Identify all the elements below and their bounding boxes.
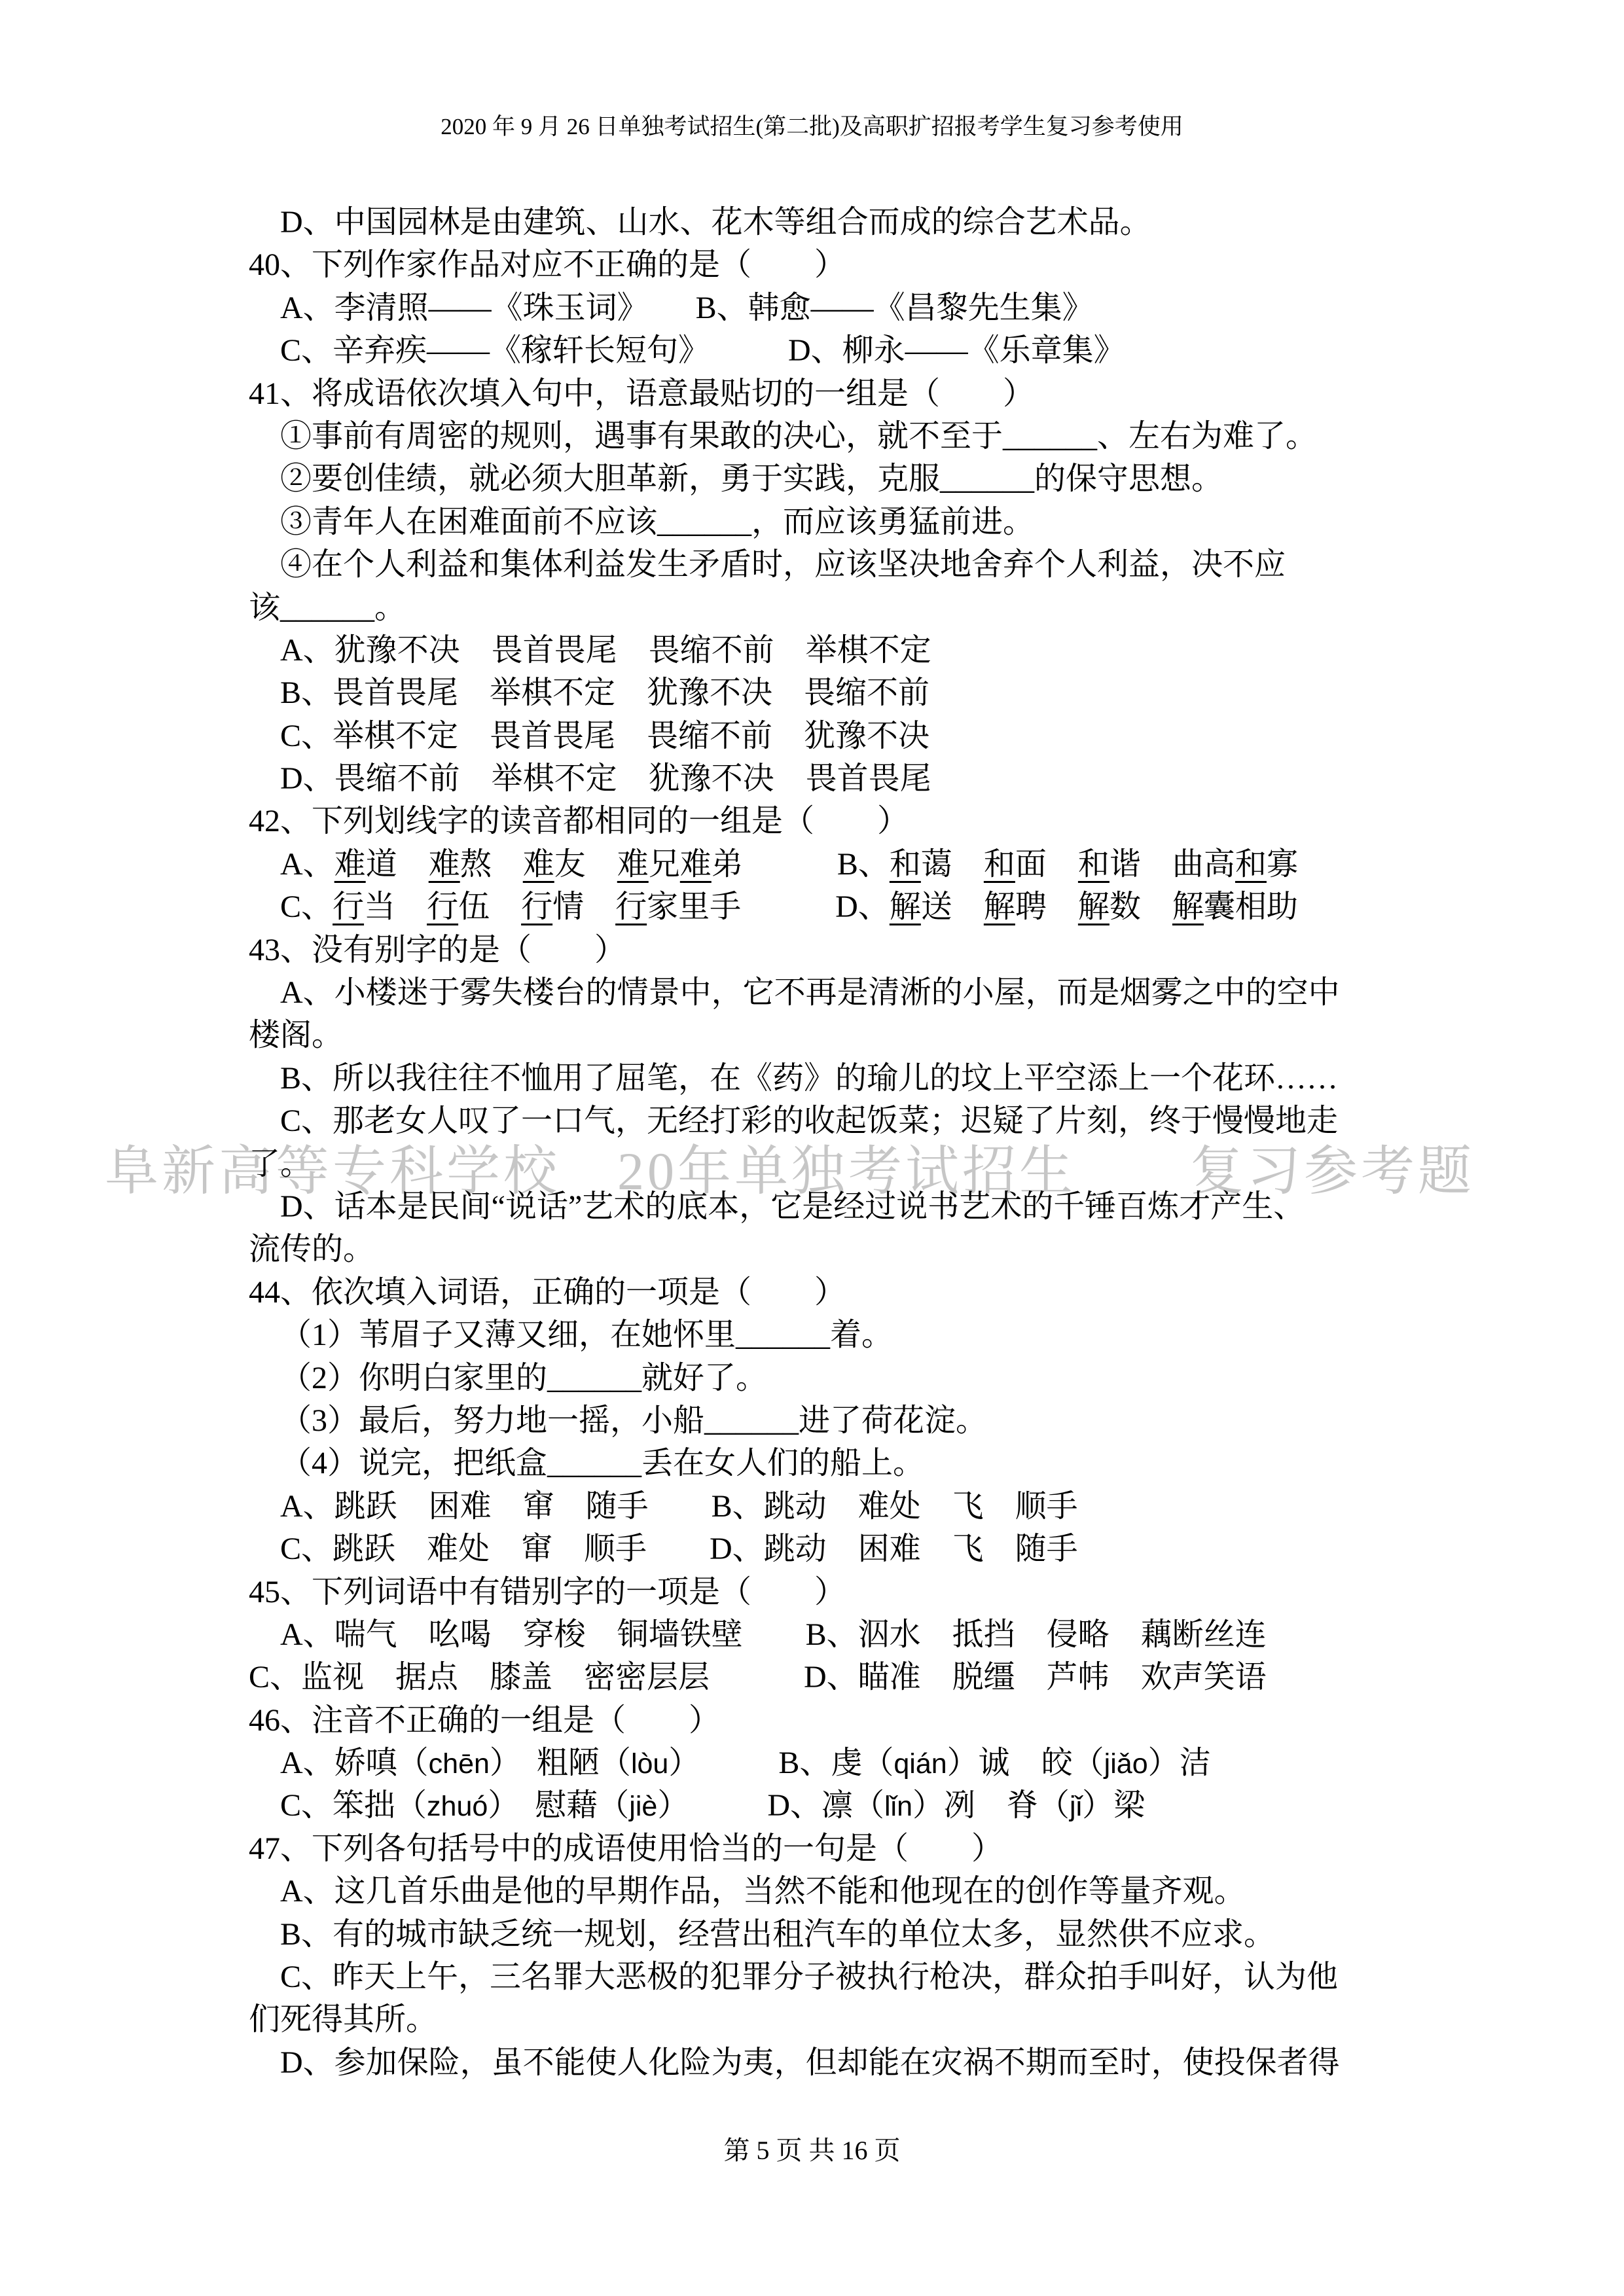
q43-option-a: A、小楼迷于雾失楼台的情景中，它不再是清淅的小屋，而是烟雾之中的空中 bbox=[249, 971, 1545, 1014]
q41-item-3: ③青年人在困难面前不应该______，而应该勇猛前进。 bbox=[249, 501, 1545, 543]
underlined-char: 解 bbox=[1078, 889, 1110, 924]
q41-option-a: A、犹豫不决 畏首畏尾 畏缩不前 举棋不定 bbox=[249, 629, 1545, 672]
q44-options-ab: A、跳跃 困难 窜 随手 B、跳动 难处 飞 顺手 bbox=[249, 1485, 1545, 1528]
q45-stem: 45、下列词语中有错别字的一项是（ ） bbox=[249, 1571, 1545, 1613]
text-run: （1）苇眉子又薄又细，在她怀里______着。 bbox=[280, 1318, 893, 1352]
underlined-char: 行 bbox=[333, 889, 364, 924]
q47-option-c-cont: 们死得其所。 bbox=[249, 1998, 1545, 2041]
text-run: 家里手 D、 bbox=[647, 889, 890, 924]
text-run: 蔼 bbox=[921, 847, 984, 882]
underlined-char: 难 bbox=[617, 847, 649, 882]
text-run: A、跳跃 困难 窜 随手 B、跳动 难处 飞 顺手 bbox=[280, 1489, 1078, 1524]
q45-options-cd: C、监视 据点 膝盖 密密层层 D、瞄准 脱缰 芦帏 欢声笑语 bbox=[249, 1656, 1545, 1698]
text-run: A、李清照——《珠玉词》 B、韩愈——《昌黎先生集》 bbox=[280, 291, 1094, 325]
text-run: 43、没有别字的是（ ） bbox=[249, 933, 626, 967]
text-run: ④在个人利益和集体利益发生矛盾时，应该坚决地舍弃个人利益，决不应 bbox=[280, 547, 1286, 582]
text-run: C、辛弃疾——《稼轩长短句》 D、柳永——《乐章集》 bbox=[280, 333, 1125, 368]
underlined-char: 和 bbox=[1078, 847, 1110, 882]
q40-options-ab: A、李清照——《珠玉词》 B、韩愈——《昌黎先生集》 bbox=[249, 287, 1545, 329]
text-run: A、 bbox=[280, 847, 334, 882]
q45-options-ab: A、喘气 吆喝 穿梭 铜墙铁壁 B、泅水 抵挡 侵略 藕断丝连 bbox=[249, 1613, 1545, 1656]
q41-item-4: ④在个人利益和集体利益发生矛盾时，应该坚决地舍弃个人利益，决不应 bbox=[249, 543, 1545, 586]
underlined-char: 解 bbox=[984, 889, 1015, 924]
text-run: C、笨拙（ bbox=[280, 1788, 427, 1823]
text-run: A、小楼迷于雾失楼台的情景中，它不再是清淅的小屋，而是烟雾之中的空中 bbox=[280, 975, 1340, 1010]
q43-option-a-cont: 楼阁。 bbox=[249, 1014, 1545, 1056]
q41-stem: 41、将成语依次填入句中，语意最贴切的一组是（ ） bbox=[249, 372, 1545, 415]
q40-options-cd: C、辛弃疾——《稼轩长短句》 D、柳永——《乐章集》 bbox=[249, 329, 1545, 372]
pinyin-text: jiǎo bbox=[1104, 1748, 1148, 1780]
text-run: C、 bbox=[280, 889, 333, 924]
underlined-char: 解 bbox=[1172, 889, 1204, 924]
text-run: 40、下列作家作品对应不正确的是（ ） bbox=[249, 247, 846, 282]
text-run: A、喘气 吆喝 穿梭 铜墙铁壁 B、泅水 抵挡 侵略 藕断丝连 bbox=[280, 1617, 1267, 1652]
pinyin-text: jiè bbox=[629, 1791, 657, 1822]
q39-option-d: D、中国园林是由建筑、山水、花木等组合而成的综合艺术品。 bbox=[249, 201, 1545, 243]
text-run: D、参加保险，虽不能使人化险为夷，但却能在灾祸不期而至时，使投保者得 bbox=[280, 2045, 1340, 2080]
text-run: C、监视 据点 膝盖 密密层层 D、瞄准 脱缰 芦帏 欢声笑语 bbox=[249, 1660, 1267, 1695]
underlined-char: 行 bbox=[615, 889, 647, 924]
text-run: ）洁 bbox=[1148, 1746, 1211, 1780]
underlined-char: 解 bbox=[890, 889, 921, 924]
q42-options-ab: A、难道 难熬 难友 难兄难弟 B、和蔼 和面 和谐 曲高和寡 bbox=[249, 843, 1545, 886]
text-run: C、举棋不定 畏首畏尾 畏缩不前 犹豫不决 bbox=[280, 719, 929, 753]
text-run: ①事前有周密的规则，遇事有果敢的决心，就不至于______、左右为难了。 bbox=[280, 419, 1317, 454]
q46-options-ab: A、娇嗔（chēn） 粗陋（lòu） B、虔（qián）诚 皎（jiǎo）洁 bbox=[249, 1742, 1545, 1784]
pinyin-text: lòu bbox=[631, 1748, 668, 1780]
text-run: ）诚 皎（ bbox=[947, 1746, 1104, 1780]
text-run: ）梁 bbox=[1082, 1788, 1145, 1823]
pinyin-text: qián bbox=[893, 1748, 947, 1780]
q44-item-3: （3）最后，努力地一摇，小船______进了荷花淀。 bbox=[249, 1399, 1545, 1442]
text-run: 楼阁。 bbox=[249, 1018, 343, 1052]
text-run: 44、依次填入词语，正确的一项是（ ） bbox=[249, 1275, 846, 1310]
q43-option-c: C、那老女人叹了一口气，无经打彩的收起饭菜；迟疑了片刻，终于慢慢地走 bbox=[249, 1100, 1545, 1142]
text-run: 42、下列划线字的读音都相同的一组是（ ） bbox=[249, 804, 909, 838]
text-run: D、中国园林是由建筑、山水、花木等组合而成的综合艺术品。 bbox=[280, 205, 1151, 240]
text-run: 们死得其所。 bbox=[249, 2002, 437, 2037]
text-run: 41、将成语依次填入句中，语意最贴切的一组是（ ） bbox=[249, 376, 1034, 411]
q44-stem: 44、依次填入词语，正确的一项是（ ） bbox=[249, 1271, 1545, 1314]
q43-option-b: B、所以我往往不恤用了屈笔，在《药》的瑜儿的坟上平空添上一个花环…… bbox=[249, 1057, 1545, 1100]
q40-stem: 40、下列作家作品对应不正确的是（ ） bbox=[249, 243, 1545, 286]
text-run: 47、下列各句括号中的成语使用恰当的一句是（ ） bbox=[249, 1831, 1003, 1866]
q43-option-c-cont: 了。 bbox=[249, 1143, 1545, 1185]
q41-item-4-cont: 该______。 bbox=[249, 586, 1545, 629]
text-run: 46、注音不正确的一组是（ ） bbox=[249, 1703, 720, 1738]
text-run: ） D、凛（ bbox=[657, 1788, 884, 1823]
text-run: ②要创佳绩，就必须大胆革新，勇于实践，克服______的保守思想。 bbox=[280, 461, 1223, 496]
underlined-char: 和 bbox=[890, 847, 921, 882]
q46-options-cd: C、笨拙（zhuó） 慰藉（jiè） D、凛（lǐn）冽 脊（jǐ）梁 bbox=[249, 1784, 1545, 1827]
q44-item-1: （1）苇眉子又薄又细，在她怀里______着。 bbox=[249, 1314, 1545, 1356]
text-run: 囊相助 bbox=[1204, 889, 1298, 924]
text-run: 面 bbox=[1015, 847, 1078, 882]
text-run: （2）你明白家里的______就好了。 bbox=[280, 1361, 767, 1395]
text-run: C、那老女人叹了一口气，无经打彩的收起饭菜；迟疑了片刻，终于慢慢地走 bbox=[280, 1103, 1338, 1138]
text-run: 谐 曲高 bbox=[1110, 847, 1235, 882]
q41-option-d: D、畏缩不前 举棋不定 犹豫不决 畏首畏尾 bbox=[249, 757, 1545, 800]
q41-option-b: B、畏首畏尾 举棋不定 犹豫不决 畏缩不前 bbox=[249, 672, 1545, 714]
text-run: （3）最后，努力地一摇，小船______进了荷花淀。 bbox=[280, 1403, 987, 1438]
text-run: 兄 bbox=[649, 847, 680, 882]
text-run: C、昨天上午，三名罪大恶极的犯罪分子被执行枪决，群众拍手叫好，认为他 bbox=[280, 1960, 1338, 1994]
text-run: A、娇嗔（ bbox=[280, 1746, 429, 1780]
text-run: 弟 B、 bbox=[712, 847, 890, 882]
text-run: （4）说完，把纸盒______丢在女人们的船上。 bbox=[280, 1446, 924, 1480]
page-footer: 第 5 页 共 16 页 bbox=[0, 2135, 1624, 2166]
q43-option-d: D、话本是民间“说话”艺术的底本，它是经过说书艺术的千锤百炼才产生、 bbox=[249, 1185, 1545, 1228]
pinyin-text: lǐn bbox=[884, 1791, 912, 1822]
q44-item-2: （2）你明白家里的______就好了。 bbox=[249, 1357, 1545, 1399]
text-run: 数 bbox=[1110, 889, 1172, 924]
text-run: 流传的。 bbox=[249, 1232, 374, 1266]
pinyin-text: jǐ bbox=[1070, 1791, 1082, 1822]
text-run: 该______。 bbox=[249, 590, 406, 625]
text-run: 友 bbox=[554, 847, 617, 882]
underlined-char: 难 bbox=[523, 847, 554, 882]
text-run: 送 bbox=[921, 889, 984, 924]
pinyin-text: chēn bbox=[429, 1748, 490, 1780]
text-run: D、畏缩不前 举棋不定 犹豫不决 畏首畏尾 bbox=[280, 761, 931, 796]
q41-option-c: C、举棋不定 畏首畏尾 畏缩不前 犹豫不决 bbox=[249, 715, 1545, 757]
underlined-char: 难 bbox=[334, 847, 366, 882]
document-body: D、中国园林是由建筑、山水、花木等组合而成的综合艺术品。40、下列作家作品对应不… bbox=[249, 201, 1545, 2084]
page-header: 2020 年 9 月 26 日单独考试招生(第二批)及高职扩招报考学生复习参考使… bbox=[0, 113, 1624, 141]
text-run: 情 bbox=[552, 889, 615, 924]
q46-stem: 46、注音不正确的一组是（ ） bbox=[249, 1699, 1545, 1742]
text-run: 了。 bbox=[249, 1147, 312, 1181]
underlined-char: 行 bbox=[427, 889, 458, 924]
q42-options-cd: C、行当 行伍 行情 行家里手 D、解送 解聘 解数 解囊相助 bbox=[249, 886, 1545, 928]
underlined-char: 行 bbox=[521, 889, 552, 924]
pinyin-text: zhuó bbox=[427, 1791, 488, 1822]
text-run: A、犹豫不决 畏首畏尾 畏缩不前 举棋不定 bbox=[280, 633, 931, 668]
q43-option-d-cont: 流传的。 bbox=[249, 1228, 1545, 1270]
text-run: 寡 bbox=[1267, 847, 1298, 882]
text-run: B、所以我往往不恤用了屈笔，在《药》的瑜儿的坟上平空添上一个花环…… bbox=[280, 1061, 1338, 1096]
q47-option-c: C、昨天上午，三名罪大恶极的犯罪分子被执行枪决，群众拍手叫好，认为他 bbox=[249, 1956, 1545, 1998]
q47-option-a: A、这几首乐曲是他的早期作品，当然不能和他现在的创作等量齐观。 bbox=[249, 1870, 1545, 1912]
text-run: 伍 bbox=[458, 889, 521, 924]
q41-item-1: ①事前有周密的规则，遇事有果敢的决心，就不至于______、左右为难了。 bbox=[249, 415, 1545, 457]
text-run: C、跳跃 难处 窜 顺手 D、跳动 困难 飞 随手 bbox=[280, 1532, 1078, 1566]
text-run: ）冽 脊（ bbox=[912, 1788, 1070, 1823]
q44-options-cd: C、跳跃 难处 窜 顺手 D、跳动 困难 飞 随手 bbox=[249, 1528, 1545, 1570]
text-run: 熬 bbox=[460, 847, 523, 882]
q47-option-d: D、参加保险，虽不能使人化险为夷，但却能在灾祸不期而至时，使投保者得 bbox=[249, 2041, 1545, 2084]
text-run: B、有的城市缺乏统一规划，经营出租汽车的单位太多，显然供不应求。 bbox=[280, 1917, 1275, 1952]
q42-stem: 42、下列划线字的读音都相同的一组是（ ） bbox=[249, 800, 1545, 842]
underlined-char: 和 bbox=[984, 847, 1015, 882]
text-run: ③青年人在困难面前不应该______，而应该勇猛前进。 bbox=[280, 505, 1034, 539]
text-run: A、这几首乐曲是他的早期作品，当然不能和他现在的创作等量齐观。 bbox=[280, 1874, 1246, 1909]
text-run: 当 bbox=[364, 889, 427, 924]
q41-item-2: ②要创佳绩，就必须大胆革新，勇于实践，克服______的保守思想。 bbox=[249, 457, 1545, 500]
text-run: 聘 bbox=[1015, 889, 1078, 924]
underlined-char: 难 bbox=[680, 847, 712, 882]
text-run: 道 bbox=[366, 847, 429, 882]
q47-stem: 47、下列各句括号中的成语使用恰当的一句是（ ） bbox=[249, 1827, 1545, 1870]
text-run: B、畏首畏尾 举棋不定 犹豫不决 畏缩不前 bbox=[280, 675, 929, 710]
q44-item-4: （4）说完，把纸盒______丢在女人们的船上。 bbox=[249, 1442, 1545, 1484]
text-run: ） B、虔（ bbox=[668, 1746, 893, 1780]
underlined-char: 和 bbox=[1235, 847, 1267, 882]
text-run: ） 慰藉（ bbox=[488, 1788, 629, 1823]
underlined-char: 难 bbox=[429, 847, 460, 882]
q43-stem: 43、没有别字的是（ ） bbox=[249, 929, 1545, 971]
text-run: 45、下列词语中有错别字的一项是（ ） bbox=[249, 1575, 846, 1609]
text-run: ） 粗陋（ bbox=[490, 1746, 631, 1780]
q47-option-b: B、有的城市缺乏统一规划，经营出租汽车的单位太多，显然供不应求。 bbox=[249, 1913, 1545, 1956]
text-run: D、话本是民间“说话”艺术的底本，它是经过说书艺术的千锤百炼才产生、 bbox=[280, 1189, 1305, 1224]
